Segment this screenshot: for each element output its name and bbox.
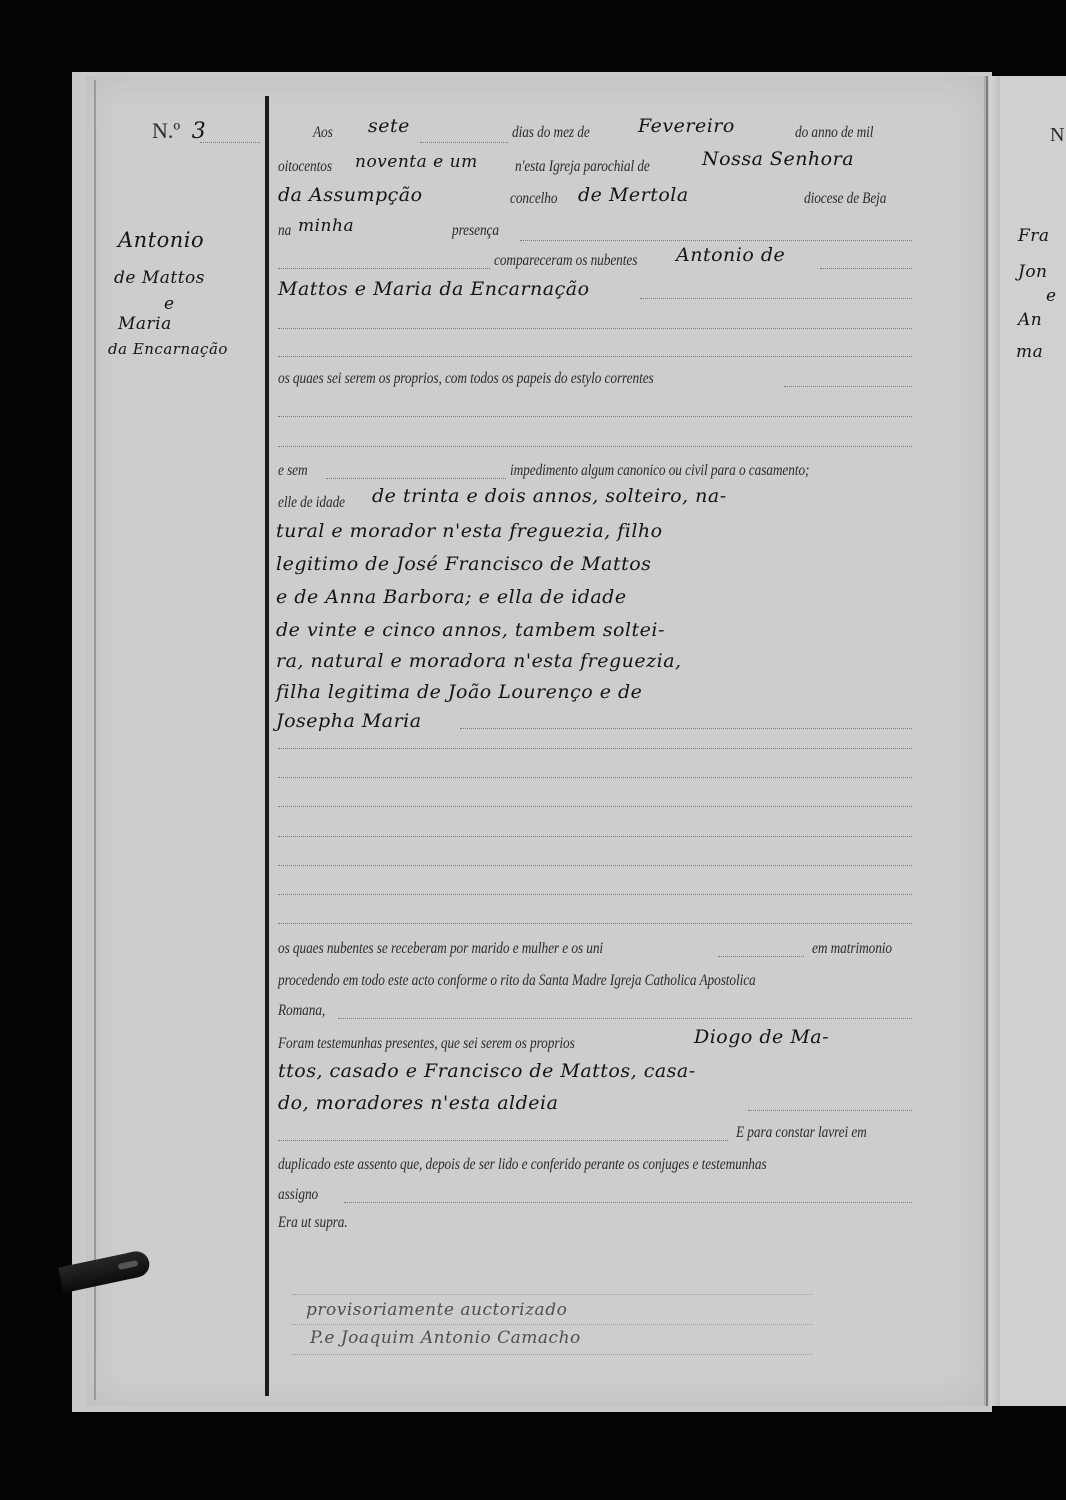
details-line-1: de trinta e dois annos, solteiro, na- <box>372 485 727 507</box>
margin-name-5: da Encarnação <box>108 340 228 358</box>
text-romana: Romana, <box>278 1002 325 1020</box>
rule-line <box>344 1202 912 1203</box>
rule-line <box>278 748 912 749</box>
text-dias-do-mez: dias do mez de <box>512 124 590 142</box>
rule-line <box>640 298 912 299</box>
margin-name-2: de Mattos <box>114 268 205 288</box>
text-para-constar: E para constar lavrei em <box>736 1124 867 1142</box>
text-anno: do anno de mil <box>795 124 873 142</box>
rule-line <box>278 328 912 329</box>
rule-line <box>278 416 912 417</box>
text-elle-de-idade: elle de idade <box>278 494 345 512</box>
gutter-fold-line <box>986 76 988 1406</box>
rule-line <box>820 268 912 269</box>
rule-line <box>278 1140 728 1141</box>
text-compareceram: compareceram os nubentes <box>494 252 637 270</box>
rule-line <box>748 1110 912 1111</box>
text-presenca: presença <box>452 222 499 240</box>
margin-name-1: Antonio <box>118 228 204 252</box>
text-papeis: os quaes sei serem os proprios, com todo… <box>278 370 654 388</box>
entry-number-value: 3 <box>192 119 207 144</box>
next-margin-2: Jon <box>1018 262 1048 282</box>
rule-line <box>278 806 912 807</box>
field-day: sete <box>368 115 410 137</box>
rule-line <box>278 268 490 269</box>
signature-name: P.e Joaquim Antonio Camacho <box>310 1328 581 1348</box>
next-margin-5: ma <box>1016 342 1043 362</box>
rule-line <box>338 1018 912 1019</box>
details-line-5: de vinte e cinco annos, tambem soltei- <box>276 619 665 641</box>
rule-line <box>326 478 506 479</box>
text-na: na <box>278 222 291 240</box>
next-margin-4: An <box>1018 310 1042 330</box>
field-parish-cont: da Assumpção <box>278 184 423 206</box>
field-nubentes: Antonio de <box>676 244 785 266</box>
rule-line <box>278 923 912 924</box>
witness-line-2: ttos, casado e Francisco de Mattos, casa… <box>278 1060 696 1082</box>
text-diocese: diocese de Beja <box>804 190 886 208</box>
text-duplicado: duplicado este assento que, depois de se… <box>278 1156 767 1174</box>
rule-line <box>278 356 912 357</box>
text-testemunhas: Foram testemunhas presentes, que sei ser… <box>278 1035 575 1053</box>
field-nubentes-cont: Mattos e Maria da Encarnação <box>278 278 590 300</box>
page-edge <box>94 80 96 1400</box>
field-year: noventa e um <box>355 152 478 172</box>
text-vows-1: os quaes nubentes se receberam por marid… <box>278 940 603 958</box>
witness-line-1: Diogo de Ma- <box>694 1026 829 1048</box>
margin-name-4: Maria <box>118 314 172 334</box>
text-e-sem: e sem <box>278 462 308 480</box>
text-oitocentos: oitocentos <box>278 158 332 176</box>
entry-number-label: N.º <box>152 118 180 143</box>
rule-line <box>292 1294 812 1295</box>
field-council: de Mertola <box>578 184 689 206</box>
next-margin-3: e <box>1046 286 1057 306</box>
text-concelho: concelho <box>510 190 557 208</box>
rule-line <box>278 777 912 778</box>
details-line-2: tural e morador n'esta freguezia, filho <box>276 520 663 542</box>
next-margin-1: Fra <box>1018 226 1050 246</box>
rule-line <box>520 240 912 241</box>
entry-number: N.º 3 <box>152 118 206 144</box>
register-page <box>86 76 984 1406</box>
rule-line <box>460 728 912 729</box>
text-igreja: n'esta Igreja parochial de <box>515 158 650 176</box>
rule-line <box>292 1354 812 1355</box>
details-line-4: e de Anna Barbora; e ella de idade <box>276 586 627 608</box>
rule-line <box>718 956 804 957</box>
rule-line <box>420 142 508 143</box>
rule-line <box>278 446 912 447</box>
signature-authorization: provisoriamente auctorizado <box>306 1300 567 1320</box>
text-matrimonio: em matrimonio <box>812 940 892 958</box>
rule-line <box>784 386 912 387</box>
details-line-6: ra, natural e moradora n'esta freguezia, <box>276 650 682 672</box>
field-parish: Nossa Senhora <box>702 148 854 170</box>
text-aos: Aos <box>313 124 333 142</box>
rule-line <box>200 142 260 143</box>
rule-line <box>292 1324 812 1325</box>
margin-divider-line <box>265 96 269 1396</box>
text-impedimento: impedimento algum canonico ou civil para… <box>510 462 809 480</box>
text-assigno: assigno <box>278 1186 318 1204</box>
details-line-3: legitimo de José Francisco de Mattos <box>276 553 651 575</box>
details-line-7: filha legitima de João Lourenço e de <box>276 681 642 703</box>
details-line-8: Josepha Maria <box>276 710 422 732</box>
field-month: Fevereiro <box>638 115 735 137</box>
rule-line <box>278 894 912 895</box>
margin-name-3: e <box>164 294 175 314</box>
field-presence: minha <box>298 216 354 236</box>
text-vows-2: procedendo em todo este acto conforme o … <box>278 972 756 990</box>
text-era-ut-supra: Era ut supra. <box>278 1214 348 1232</box>
rule-line <box>278 836 912 837</box>
rule-line <box>278 865 912 866</box>
witness-line-3: do, moradores n'esta aldeia <box>278 1092 558 1114</box>
next-entry-label: N <box>1050 124 1064 147</box>
